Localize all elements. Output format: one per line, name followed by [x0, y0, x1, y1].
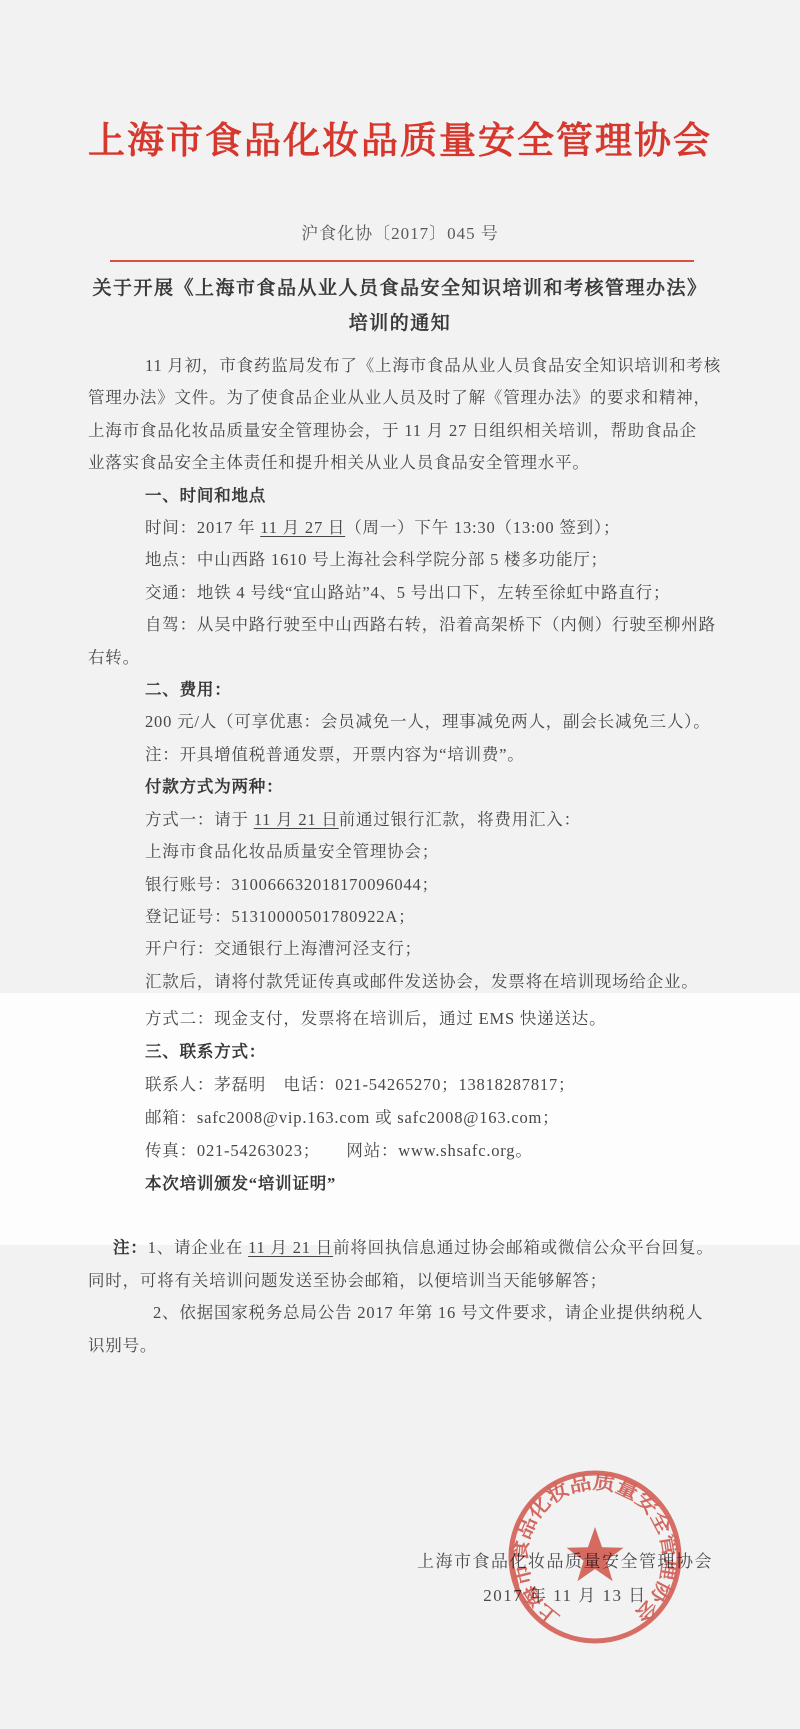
- registration-number-line: 登记证号：51310000501780922A；: [88, 901, 714, 933]
- time-line: 时间：2017 年 11 月 27 日（周一）下午 13:30（13:00 签到…: [88, 512, 714, 544]
- section-heading-contact: 三、联系方式：: [88, 1035, 714, 1068]
- fee-line: 200 元/人（可享优惠：会员减免一人，理事减免两人，副会长减免三人）。: [88, 706, 714, 738]
- metro-line: 交通：地铁 4 号线“宜山路站”4、5 号出口下，左转至徐虹中路直行；: [88, 577, 714, 609]
- org-letterhead-title: 上海市食品化妆品质量安全管理协会: [0, 110, 800, 164]
- time-date-underlined: 11 月 27 日: [260, 518, 345, 537]
- notice-subject: 关于开展《上海市食品从业人员食品安全知识培训和考核管理办法》 培训的通知: [0, 271, 800, 341]
- method1-line: 方式一：请于 11 月 21 日前通过银行汇款，将费用汇入：: [88, 804, 714, 836]
- note-line-4: 识别号。: [88, 1330, 714, 1363]
- subject-line-2: 培训的通知: [0, 306, 800, 341]
- fee-note-line: 注：开具增值税普通发票，开票内容为“培训费”。: [88, 739, 714, 771]
- fax-website-line: 传真：021-54263023； 网站：www.shsafc.org。: [88, 1134, 714, 1167]
- certificate-line: 本次培训颁发“培训证明”: [88, 1167, 714, 1200]
- red-divider-rule: [110, 260, 694, 262]
- note1-date-underlined: 11 月 21 日: [248, 1238, 333, 1257]
- body-line: 上海市食品化妆品质量安全管理协会，于 11 月 27 日组织相关培训，帮助食品企: [88, 415, 714, 447]
- bank-account-line: 银行账号：310066632018170096044；: [88, 869, 714, 901]
- seal-star-icon: [567, 1527, 624, 1581]
- scanned-notice-page: 上海市食品化妆品质量安全管理协会 沪食化协〔2017〕045 号 关于开展《上海…: [0, 0, 800, 1729]
- notes-section: 注：1、请企业在 11 月 21 日前将回执信息通过协会邮箱或微信公众平台回复。…: [88, 1232, 714, 1362]
- remit-note-line: 汇款后，请将付款凭证传真或邮件发送协会，发票将在培训现场给企业。: [88, 966, 714, 998]
- payment-methods-heading: 付款方式为两种：: [88, 771, 714, 803]
- section-heading-fee: 二、费用：: [88, 674, 714, 706]
- body-line: 管理办法》文件。为了使食品企业从业人员及时了解《管理办法》的要求和精神，: [88, 382, 714, 414]
- address-line: 地点：中山西路 1610 号上海社会科学院分部 5 楼多功能厅；: [88, 544, 714, 576]
- official-seal: 上海市食品化妆品质量安全管理协会: [500, 1462, 690, 1652]
- note1-post: 前将回执信息通过协会邮箱或微信公众平台回复。: [333, 1238, 714, 1257]
- note-line-2: 同时，可将有关培训问题发送至协会邮箱，以便培训当天能够解答；: [88, 1265, 714, 1298]
- method1-post: 前通过银行汇款，将费用汇入：: [339, 810, 581, 829]
- time-post: （周一）下午 13:30（13:00 签到）；: [345, 518, 620, 537]
- note-line-1: 注：1、请企业在 11 月 21 日前将回执信息通过协会邮箱或微信公众平台回复。: [88, 1232, 714, 1265]
- note-label: 注：: [113, 1238, 148, 1257]
- payee-line: 上海市食品化妆品质量安全管理协会；: [88, 836, 714, 868]
- note-line-3: 2、依据国家税务总局公告 2017 年第 16 号文件要求，请企业提供纳税人: [88, 1297, 714, 1330]
- contact-person-line: 联系人：茅磊明 电话：021-54265270；13818287817；: [88, 1068, 714, 1101]
- drive-line-1: 自驾：从吴中路行驶至中山西路右转，沿着高架桥下（内侧）行驶至柳州路: [88, 609, 714, 641]
- method1-date-underlined: 11 月 21 日: [254, 810, 339, 829]
- body-line: 业落实食品安全主体责任和提升相关从业人员食品安全管理水平。: [88, 447, 714, 479]
- method1-pre: 方式一：请于: [145, 810, 254, 829]
- section-heading-time-place: 一、时间和地点: [88, 480, 714, 512]
- drive-line-2: 右转。: [88, 642, 714, 674]
- body-section-1: 11 月初，市食药监局发布了《上海市食品从业人员食品安全知识培训和考核 管理办法…: [88, 350, 714, 998]
- bank-branch-line: 开户行：交通银行上海漕河泾支行；: [88, 933, 714, 965]
- method2-line: 方式二：现金支付，发票将在培训后，通过 EMS 快递送达。: [88, 1002, 714, 1035]
- body-line: 11 月初，市食药监局发布了《上海市食品从业人员食品安全知识培训和考核: [88, 350, 714, 382]
- document-number: 沪食化协〔2017〕045 号: [0, 219, 800, 244]
- email-line: 邮箱：safc2008@vip.163.com 或 safc2008@163.c…: [88, 1101, 714, 1134]
- seal-graphic: 上海市食品化妆品质量安全管理协会: [500, 1462, 690, 1652]
- subject-line-1: 关于开展《上海市食品从业人员食品安全知识培训和考核管理办法》: [0, 271, 800, 306]
- time-pre: 时间：2017 年: [145, 518, 260, 537]
- body-section-2: 方式二：现金支付，发票将在培训后，通过 EMS 快递送达。 三、联系方式： 联系…: [88, 1002, 714, 1200]
- note1-pre: 1、请企业在: [148, 1238, 248, 1257]
